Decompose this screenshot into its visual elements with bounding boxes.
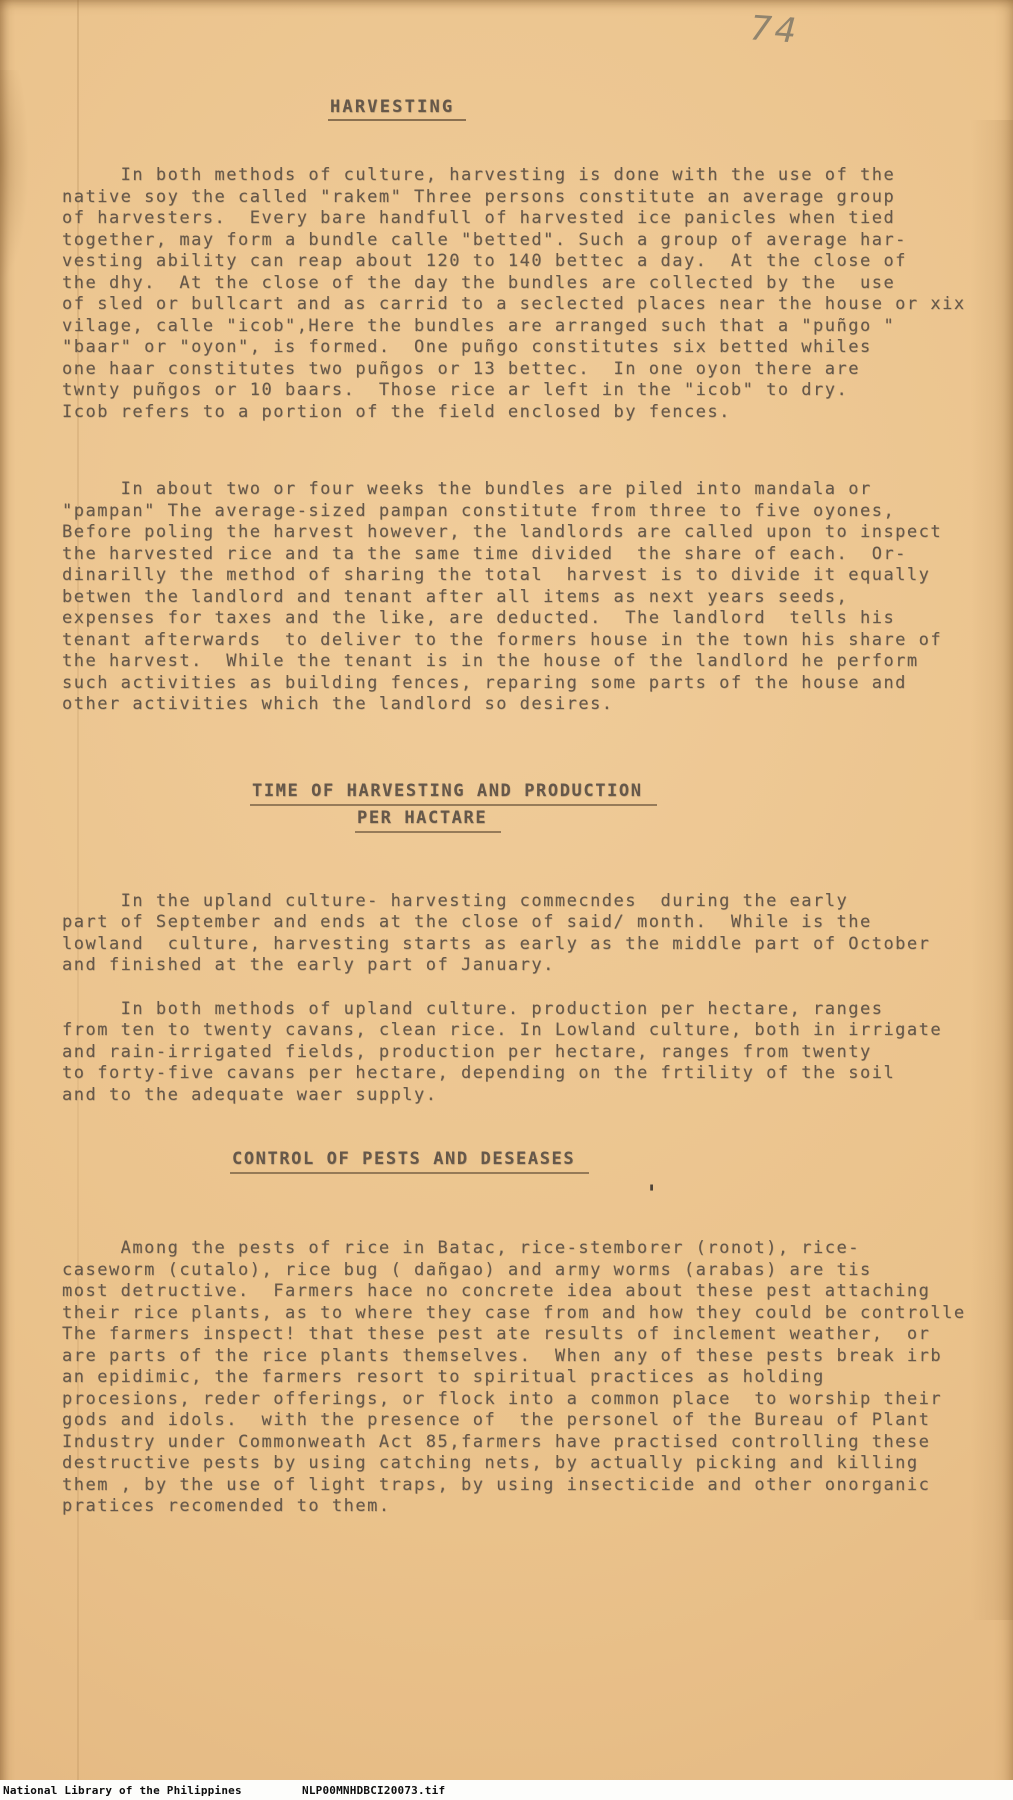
text-line: of sled or bullcart and as carrid to a s… (62, 294, 1013, 316)
text-line: "pampan" The average-sized pampan consti… (62, 501, 1013, 523)
text-line: vilage, calle "icob",Here the bundles ar… (62, 316, 1013, 338)
footer-strip: National Library of the Philippines NLP0… (0, 1780, 1013, 1800)
text-line: The farmers inspect! that these pest ate… (62, 1324, 1013, 1346)
paragraph-sharing-harvest: In about two or four weeks the bundles a… (62, 479, 1013, 716)
text-line: to forty-five cavans per hectare, depend… (62, 1063, 1013, 1085)
text-line: part of September and ends at the close … (62, 912, 1013, 934)
text-line: and rain-irrigated fields, production pe… (62, 1042, 1013, 1064)
heading-time-of-harvesting: TIME OF HARVESTING AND PRODUCTION PER HA… (0, 780, 1013, 833)
text-line: betwen the landlord and tenant after all… (62, 587, 1013, 609)
text-line: expenses for taxes and the like, are ded… (62, 608, 1013, 630)
paragraph-harvest-season: In the upland culture- harvesting commec… (62, 891, 1013, 977)
text-line: them , by the use of light traps, by usi… (62, 1475, 1013, 1497)
text-line: Icob refers to a portion of the field en… (62, 402, 1013, 424)
text-line: gods and idols. with the presence of the… (62, 1410, 1013, 1432)
text-line: from ten to twenty cavans, clean rice. I… (62, 1020, 1013, 1042)
text-line: In about two or four weeks the bundles a… (62, 479, 1013, 501)
text-line: Before poling the harvest however, the l… (62, 522, 1013, 544)
text-line: of harvesters. Every bare handfull of ha… (62, 208, 1013, 230)
heading-time-line1: TIME OF HARVESTING AND PRODUCTION (250, 780, 657, 806)
text-line: lowland culture, harvesting starts as ea… (62, 934, 1013, 956)
text-line: destructive pests by using catching nets… (62, 1453, 1013, 1475)
text-line: caseworm (cutalo), rice bug ( dañgao) an… (62, 1260, 1013, 1282)
section-title-harvesting: HARVESTING (328, 96, 466, 121)
stray-apostrophe-mark: ' (645, 1182, 658, 1207)
text-line: are parts of the rice plants themselves.… (62, 1346, 1013, 1368)
scanned-page: 74 HARVESTING In both methods of culture… (0, 0, 1013, 1800)
text-line: In both methods of culture, harvesting i… (62, 165, 1013, 187)
text-line: other activities which the landlord so d… (62, 694, 1013, 716)
text-line: dinarilly the method of sharing the tota… (62, 565, 1013, 587)
text-line: "baar" or "oyon", is formed. One puñgo c… (62, 337, 1013, 359)
footer-filename: NLP00MNHDBCI20073.tif (302, 1784, 445, 1797)
paragraph-harvesting-method: In both methods of culture, harvesting i… (62, 165, 1013, 423)
heading-time-line2: PER HACTARE (355, 807, 501, 833)
text-line: native soy the called "rakem" Three pers… (62, 187, 1013, 209)
paragraph-pests-and-diseases: Among the pests of rice in Batac, rice-s… (62, 1238, 1013, 1518)
text-line: the harvested rice and ta the same time … (62, 544, 1013, 566)
text-line: In the upland culture- harvesting commec… (62, 891, 1013, 913)
text-line: Industry under Commonweath Act 85,farmer… (62, 1432, 1013, 1454)
text-line: and finished at the early part of Januar… (62, 955, 1013, 977)
handwritten-page-number: 74 (749, 8, 801, 51)
text-line: procesions, reder offerings, or flock in… (62, 1389, 1013, 1411)
heading-control-of-pests: CONTROL OF PESTS AND DESEASES (230, 1148, 589, 1174)
text-line: their rice plants, as to where they case… (62, 1303, 1013, 1325)
text-line: such activities as building fences, repa… (62, 673, 1013, 695)
text-line: an epidimic, the farmers resort to spiri… (62, 1367, 1013, 1389)
text-line: Among the pests of rice in Batac, rice-s… (62, 1238, 1013, 1260)
paper-edge-stain-left (0, 70, 60, 370)
text-line: most detructive. Farmers hace no concret… (62, 1281, 1013, 1303)
text-line: the harvest. While the tenant is in the … (62, 651, 1013, 673)
text-line: In both methods of upland culture. produ… (62, 999, 1013, 1021)
paragraph-production-per-hectare: In both methods of upland culture. produ… (62, 999, 1013, 1107)
text-line: one haar constitutes two puñgos or 13 be… (62, 359, 1013, 381)
text-line: together, may form a bundle calle "bette… (62, 230, 1013, 252)
text-line: the dhy. At the close of the day the bun… (62, 273, 1013, 295)
text-line: vesting ability can reap about 120 to 14… (62, 251, 1013, 273)
text-line: pratices recomended to them. (62, 1496, 1013, 1518)
footer-library-name: National Library of the Philippines (3, 1784, 242, 1797)
text-line: tenant afterwards to deliver to the form… (62, 630, 1013, 652)
text-line: and to the adequate waer supply. (62, 1085, 1013, 1107)
text-line: twnty puñgos or 10 baars. Those rice ar … (62, 380, 1013, 402)
